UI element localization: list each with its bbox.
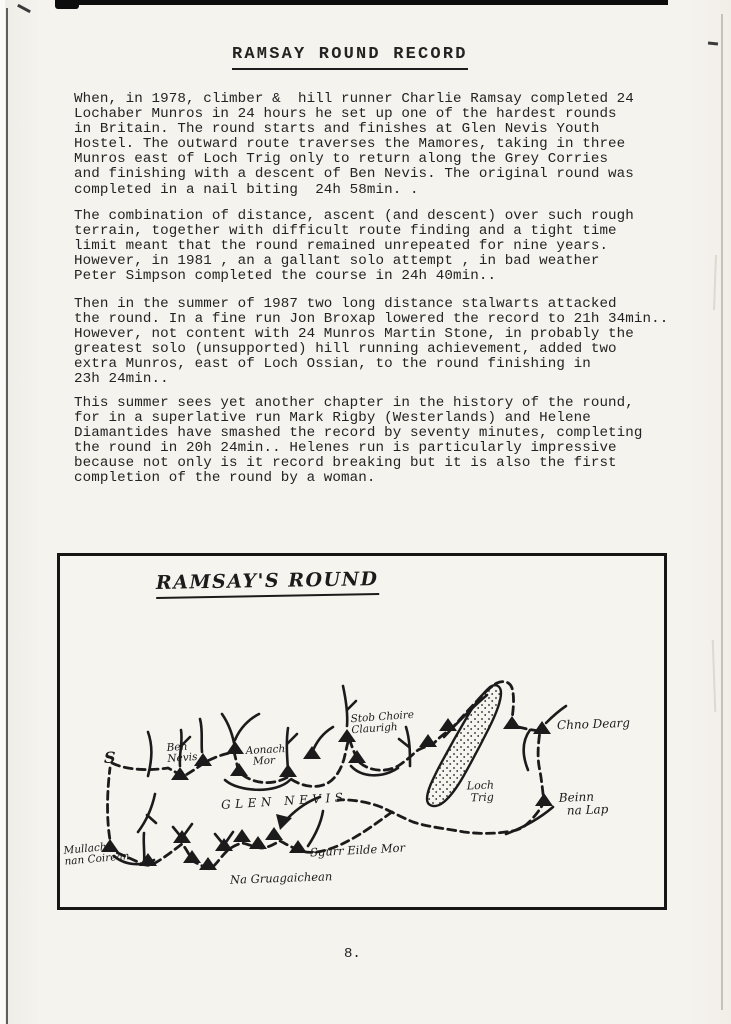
scan-artifact-crease-2	[712, 640, 717, 712]
scan-artifact-top-nub	[55, 0, 79, 9]
paragraph-2: The combination of distance, ascent (and…	[74, 209, 634, 284]
scan-artifact-left-curl	[17, 4, 31, 13]
map-start-label: S	[104, 750, 116, 767]
route-map: RAMSAY'S ROUND S Ben Nevis Aonach Mor St…	[57, 553, 667, 910]
map-label-chno-dearg: Chno Dearg	[557, 717, 630, 732]
paragraph-1: When, in 1978, climber & hill runner Cha…	[74, 92, 634, 198]
map-label-loch-treig: Loch Trig	[467, 780, 495, 804]
scanned-page: RAMSAY ROUND RECORD When, in 1978, climb…	[0, 0, 731, 1024]
page-title: RAMSAY ROUND RECORD	[232, 45, 468, 70]
map-title: RAMSAY'S ROUND	[156, 570, 379, 599]
map-label-beinn-na-lap: Beinn na Lap	[559, 790, 609, 817]
scan-artifact-right-edge	[721, 14, 723, 1010]
map-label-aonach-mor: Aonach Mor	[245, 744, 286, 768]
page-number: 8.	[344, 946, 361, 962]
scan-artifact-crease-1	[713, 255, 717, 310]
scan-artifact-top-bar	[55, 0, 668, 5]
scan-artifact-right-mark	[708, 41, 718, 45]
paragraph-4: This summer sees yet another chapter in …	[74, 396, 643, 487]
map-label-ben-nevis: Ben Nevis	[166, 741, 198, 765]
paragraph-3: Then in the summer of 1987 two long dist…	[74, 297, 668, 388]
scan-artifact-left-strip	[0, 0, 5, 1024]
map-label-na-gruagaichean: Na Gruagaichean	[230, 870, 333, 886]
scan-artifact-left-edge	[6, 8, 8, 1024]
map-label-stob-choire: Stob Choire Claurigh	[350, 710, 415, 736]
